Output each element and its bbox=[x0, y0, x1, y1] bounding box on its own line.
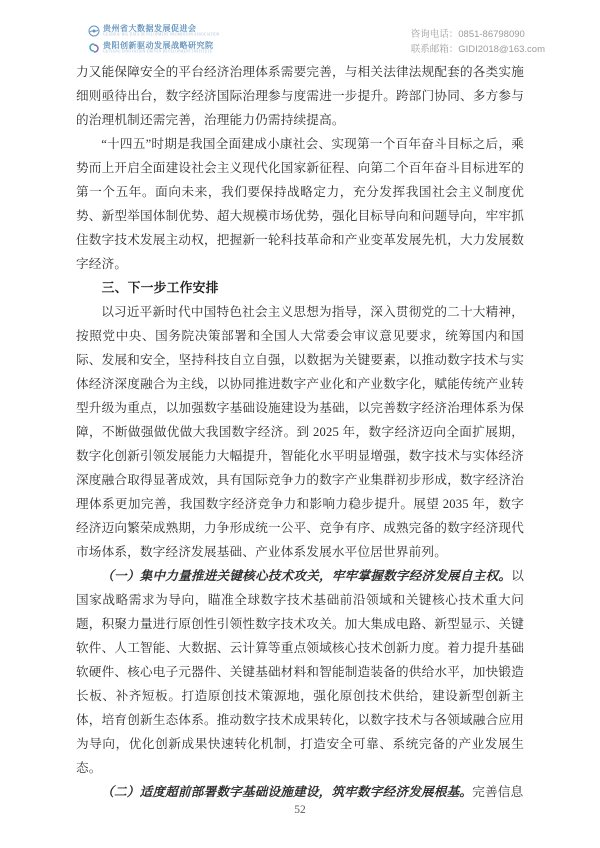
paragraph: “十四五”时期是我国全面建成小康社会、实现第一个百年奋斗目标之后，乘势而上开启全… bbox=[76, 132, 524, 276]
paragraph-lead: （二）适度超前部署数字基础设施建设，筑牢数字经济发展根基。 bbox=[101, 785, 472, 799]
phone-value: 0851-86798090 bbox=[458, 29, 525, 40]
header-logos: 贵州省大数据发展促进会 GUIZHOU BIG DATA DEVELOPMENT… bbox=[88, 25, 233, 59]
institute-swirl-icon bbox=[88, 42, 100, 54]
contact-phone-line: 咨询电话：0851-86798090 bbox=[411, 27, 545, 42]
contact-email-line: 联系邮箱：GIDI2018@163.com bbox=[411, 42, 545, 57]
section-heading: 三、下一步工作安排 bbox=[76, 276, 524, 300]
phone-label: 咨询电话： bbox=[411, 29, 459, 40]
email-label: 联系邮箱： bbox=[411, 44, 459, 55]
page-number: 52 bbox=[0, 804, 600, 816]
paragraph: （二）适度超前部署数字基础设施建设，筑牢数字经济发展根基。完善信息 bbox=[76, 780, 524, 804]
header-contact: 咨询电话：0851-86798090 联系邮箱：GIDI2018@163.com bbox=[411, 27, 545, 57]
association-globe-icon bbox=[88, 25, 100, 37]
institute-name-en: GUIYANG INNOVATION-DRIVEN DEVELOPMENT IN… bbox=[103, 50, 212, 54]
email-value: GIDI2018@163.com bbox=[458, 44, 545, 55]
paragraph: 以习近平新时代中国特色社会主义思想为指导，深入贯彻党的二十大精神，按照党中央、国… bbox=[76, 300, 524, 564]
document-page: 贵州省大数据发展促进会 GUIZHOU BIG DATA DEVELOPMENT… bbox=[0, 0, 600, 848]
association-name-en: GUIZHOU BIG DATA DEVELOPMENT PROMOTION A… bbox=[103, 33, 220, 37]
logo-institute: 贵阳创新驱动发展战略研究院 GUIYANG INNOVATION-DRIVEN … bbox=[88, 42, 233, 56]
paragraph: 力又能保障安全的平台经济治理体系需要完善，与相关法律法规配套的各类实施细则亟待出… bbox=[76, 60, 524, 132]
logo-association: 贵州省大数据发展促进会 GUIZHOU BIG DATA DEVELOPMENT… bbox=[88, 25, 233, 39]
document-body: 力又能保障安全的平台经济治理体系需要完善，与相关法律法规配套的各类实施细则亟待出… bbox=[76, 60, 524, 804]
paragraph: （一）集中力量推进关键核心技术攻关，牢牢掌握数字经济发展自主权。以国家战略需求为… bbox=[76, 564, 524, 780]
paragraph-lead: （一）集中力量推进关键核心技术攻关，牢牢掌握数字经济发展自主权。 bbox=[101, 569, 511, 583]
